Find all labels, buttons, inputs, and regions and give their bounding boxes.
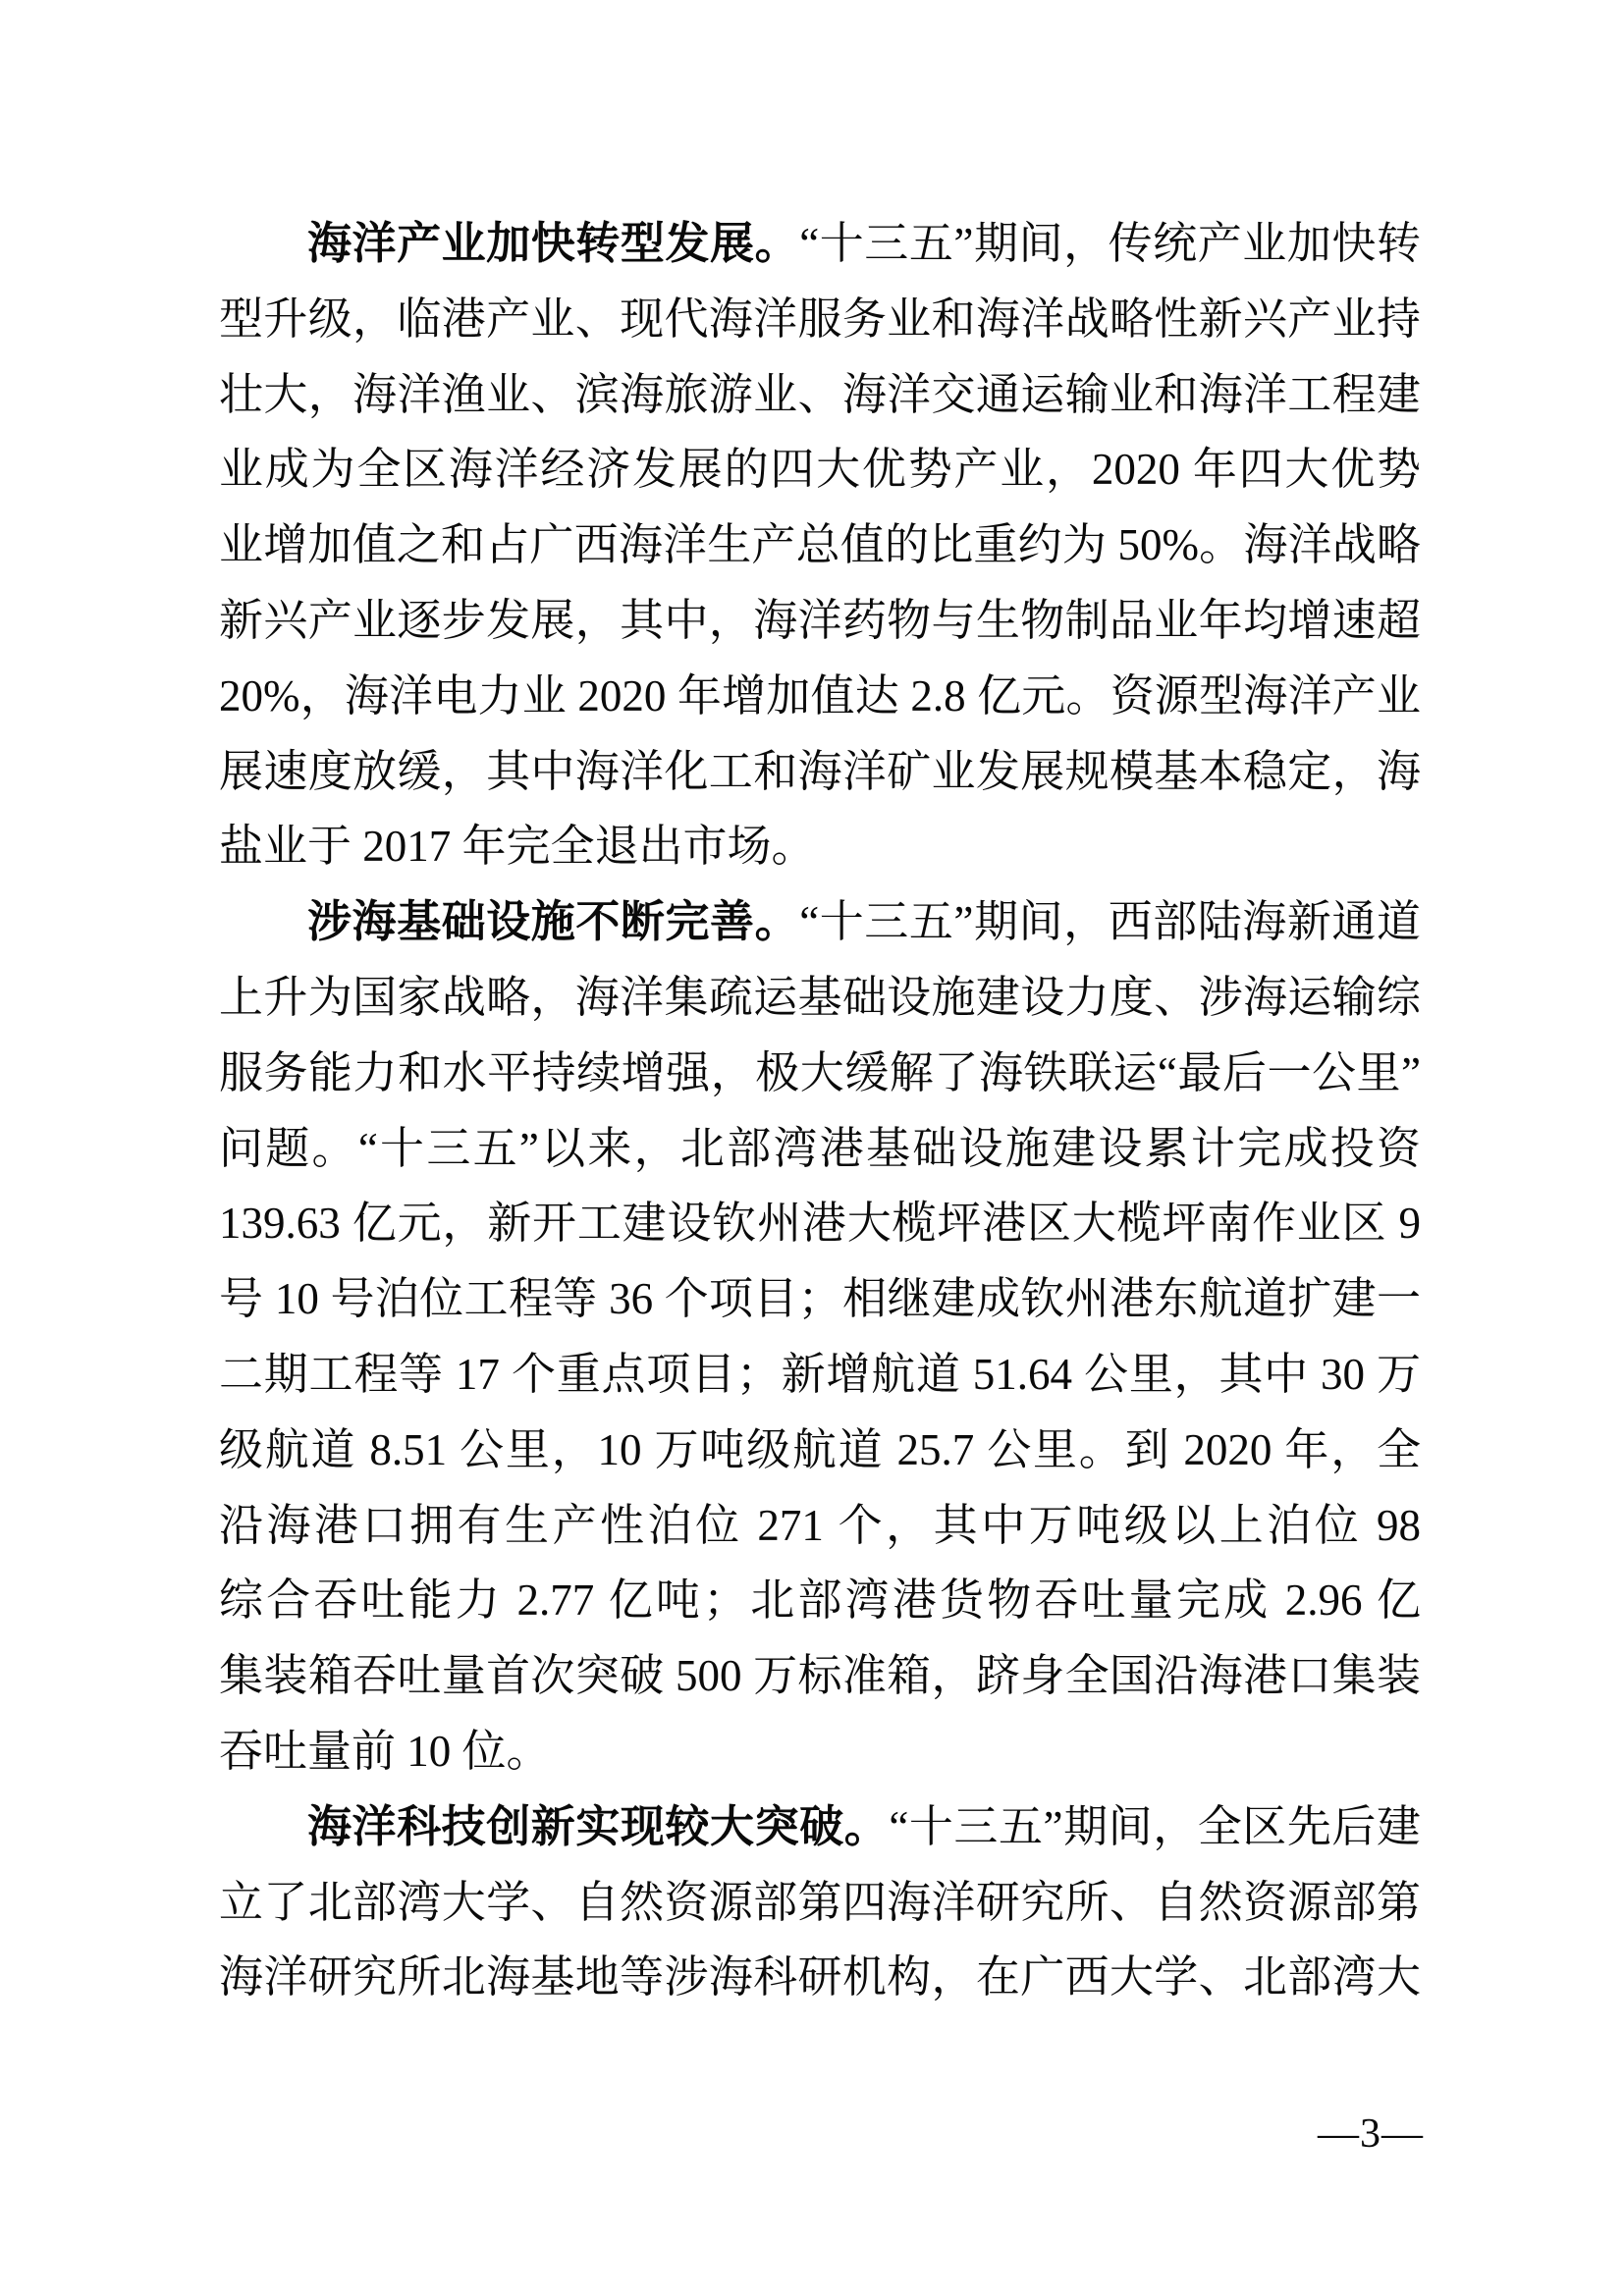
line-text: 级航道 8.51 公里，10 万吨级航道 25.7 公里。到 2020 年，全区 <box>219 1425 1421 1488</box>
line-text: 新兴产业逐步发展，其中，海洋药物与生物制品业年均增速超过 <box>219 596 1421 659</box>
line-text: 服务能力和水平持续增强，极大缓解了海铁联运“最后一公里” <box>219 1048 1421 1097</box>
paragraph-heading: 海洋科技创新实现较大突破。 <box>307 1802 889 1851</box>
text-line: 型升级，临港产业、现代海洋服务业和海洋战略性新兴产业持续 <box>219 282 1421 357</box>
line-text: “十三五”期间，全区先后建 <box>889 1802 1421 1851</box>
line-text: 壮大，海洋渔业、滨海旅游业、海洋交通运输业和海洋工程建筑 <box>219 370 1421 433</box>
text-line: 级航道 8.51 公里，10 万吨级航道 25.7 公里。到 2020 年，全区 <box>219 1413 1421 1488</box>
line-text: “十三五”期间，西部陆海新通道 <box>799 897 1421 946</box>
text-line: 海洋研究所北海基地等涉海科研机构，在广西大学、北部湾大学、 <box>219 1940 1421 2015</box>
line-text: 139.63 亿元，新开工建设钦州港大榄坪港区大榄坪南作业区 9 <box>219 1199 1421 1248</box>
text-line: 二期工程等 17 个重点项目；新增航道 51.64 公里，其中 30 万吨 <box>219 1337 1421 1413</box>
text-line: 吞吐量前 10 位。 <box>219 1714 1421 1789</box>
line-text: 20%，海洋电力业 2020 年增加值达 2.8 亿元。资源型海洋产业发 <box>219 671 1421 734</box>
line-text: 二期工程等 17 个重点项目；新增航道 51.64 公里，其中 30 万吨 <box>219 1350 1421 1413</box>
text-line: 海洋产业加快转型发展。“十三五”期间，传统产业加快转 <box>219 206 1421 282</box>
line-text: 业成为全区海洋经济发展的四大优势产业，2020 年四大优势产 <box>219 445 1421 507</box>
text-line: 139.63 亿元，新开工建设钦州港大榄坪港区大榄坪南作业区 9 <box>219 1186 1421 1261</box>
text-line: 上升为国家战略，海洋集疏运基础设施建设力度、涉海运输综合 <box>219 960 1421 1036</box>
text-line: 沿海港口拥有生产性泊位 271 个，其中万吨级以上泊位 98 个， <box>219 1488 1421 1564</box>
line-text: 盐业于 2017 年完全退出市场。 <box>219 822 816 871</box>
line-text: 集装箱吞吐量首次突破 500 万标准箱，跻身全国沿海港口集装箱 <box>219 1651 1421 1714</box>
document-body: 海洋产业加快转型发展。“十三五”期间，传统产业加快转 型升级，临港产业、现代海洋… <box>219 206 1421 2015</box>
page-number: —3— <box>1318 2110 1424 2158</box>
text-line: 壮大，海洋渔业、滨海旅游业、海洋交通运输业和海洋工程建筑 <box>219 357 1421 433</box>
text-line: 综合吞吐能力 2.77 亿吨；北部湾港货物吞吐量完成 2.96 亿吨， <box>219 1563 1421 1638</box>
line-text: 上升为国家战略，海洋集疏运基础设施建设力度、涉海运输综合 <box>219 973 1421 1036</box>
text-line: 号 10 号泊位工程等 36 个项目；相继建成钦州港东航道扩建一期、 <box>219 1261 1421 1337</box>
paragraph-heading: 海洋产业加快转型发展。 <box>307 219 799 268</box>
line-text: 型升级，临港产业、现代海洋服务业和海洋战略性新兴产业持续 <box>219 294 1421 357</box>
text-line: 服务能力和水平持续增强，极大缓解了海铁联运“最后一公里” <box>219 1036 1421 1111</box>
text-line: 集装箱吞吐量首次突破 500 万标准箱，跻身全国沿海港口集装箱 <box>219 1638 1421 1714</box>
line-text: 沿海港口拥有生产性泊位 271 个，其中万吨级以上泊位 98 个， <box>219 1501 1421 1564</box>
text-line: 盐业于 2017 年完全退出市场。 <box>219 809 1421 884</box>
line-text: 展速度放缓，其中海洋化工和海洋矿业发展规模基本稳定，海洋 <box>219 747 1421 810</box>
text-line: 展速度放缓，其中海洋化工和海洋矿业发展规模基本稳定，海洋 <box>219 734 1421 810</box>
line-text: “十三五”期间，传统产业加快转 <box>799 219 1421 268</box>
text-line: 业成为全区海洋经济发展的四大优势产业，2020 年四大优势产 <box>219 432 1421 507</box>
line-text: 号 10 号泊位工程等 36 个项目；相继建成钦州港东航道扩建一期、 <box>219 1274 1421 1337</box>
text-line: 问题。“十三五”以来，北部湾港基础设施建设累计完成投资 <box>219 1111 1421 1187</box>
text-line: 涉海基础设施不断完善。“十三五”期间，西部陆海新通道 <box>219 884 1421 960</box>
line-text: 海洋研究所北海基地等涉海科研机构，在广西大学、北部湾大学、 <box>219 1952 1421 2015</box>
line-text: 立了北部湾大学、自然资源部第四海洋研究所、自然资源部第三 <box>219 1878 1421 1941</box>
line-text: 问题。“十三五”以来，北部湾港基础设施建设累计完成投资 <box>219 1124 1421 1173</box>
text-line: 业增加值之和占广西海洋生产总值的比重约为 50%。海洋战略性 <box>219 507 1421 583</box>
paragraph-heading: 涉海基础设施不断完善。 <box>307 897 799 946</box>
line-text: 吞吐量前 10 位。 <box>219 1727 551 1776</box>
document-page: 海洋产业加快转型发展。“十三五”期间，传统产业加快转 型升级，临港产业、现代海洋… <box>0 0 1624 2296</box>
text-line: 20%，海洋电力业 2020 年增加值达 2.8 亿元。资源型海洋产业发 <box>219 659 1421 734</box>
text-line: 新兴产业逐步发展，其中，海洋药物与生物制品业年均增速超过 <box>219 583 1421 659</box>
text-line: 海洋科技创新实现较大突破。“十三五”期间，全区先后建 <box>219 1789 1421 1865</box>
line-text: 综合吞吐能力 2.77 亿吨；北部湾港货物吞吐量完成 2.96 亿吨， <box>219 1575 1421 1638</box>
text-line: 立了北部湾大学、自然资源部第四海洋研究所、自然资源部第三 <box>219 1865 1421 1941</box>
line-text: 业增加值之和占广西海洋生产总值的比重约为 50%。海洋战略性 <box>219 520 1421 583</box>
